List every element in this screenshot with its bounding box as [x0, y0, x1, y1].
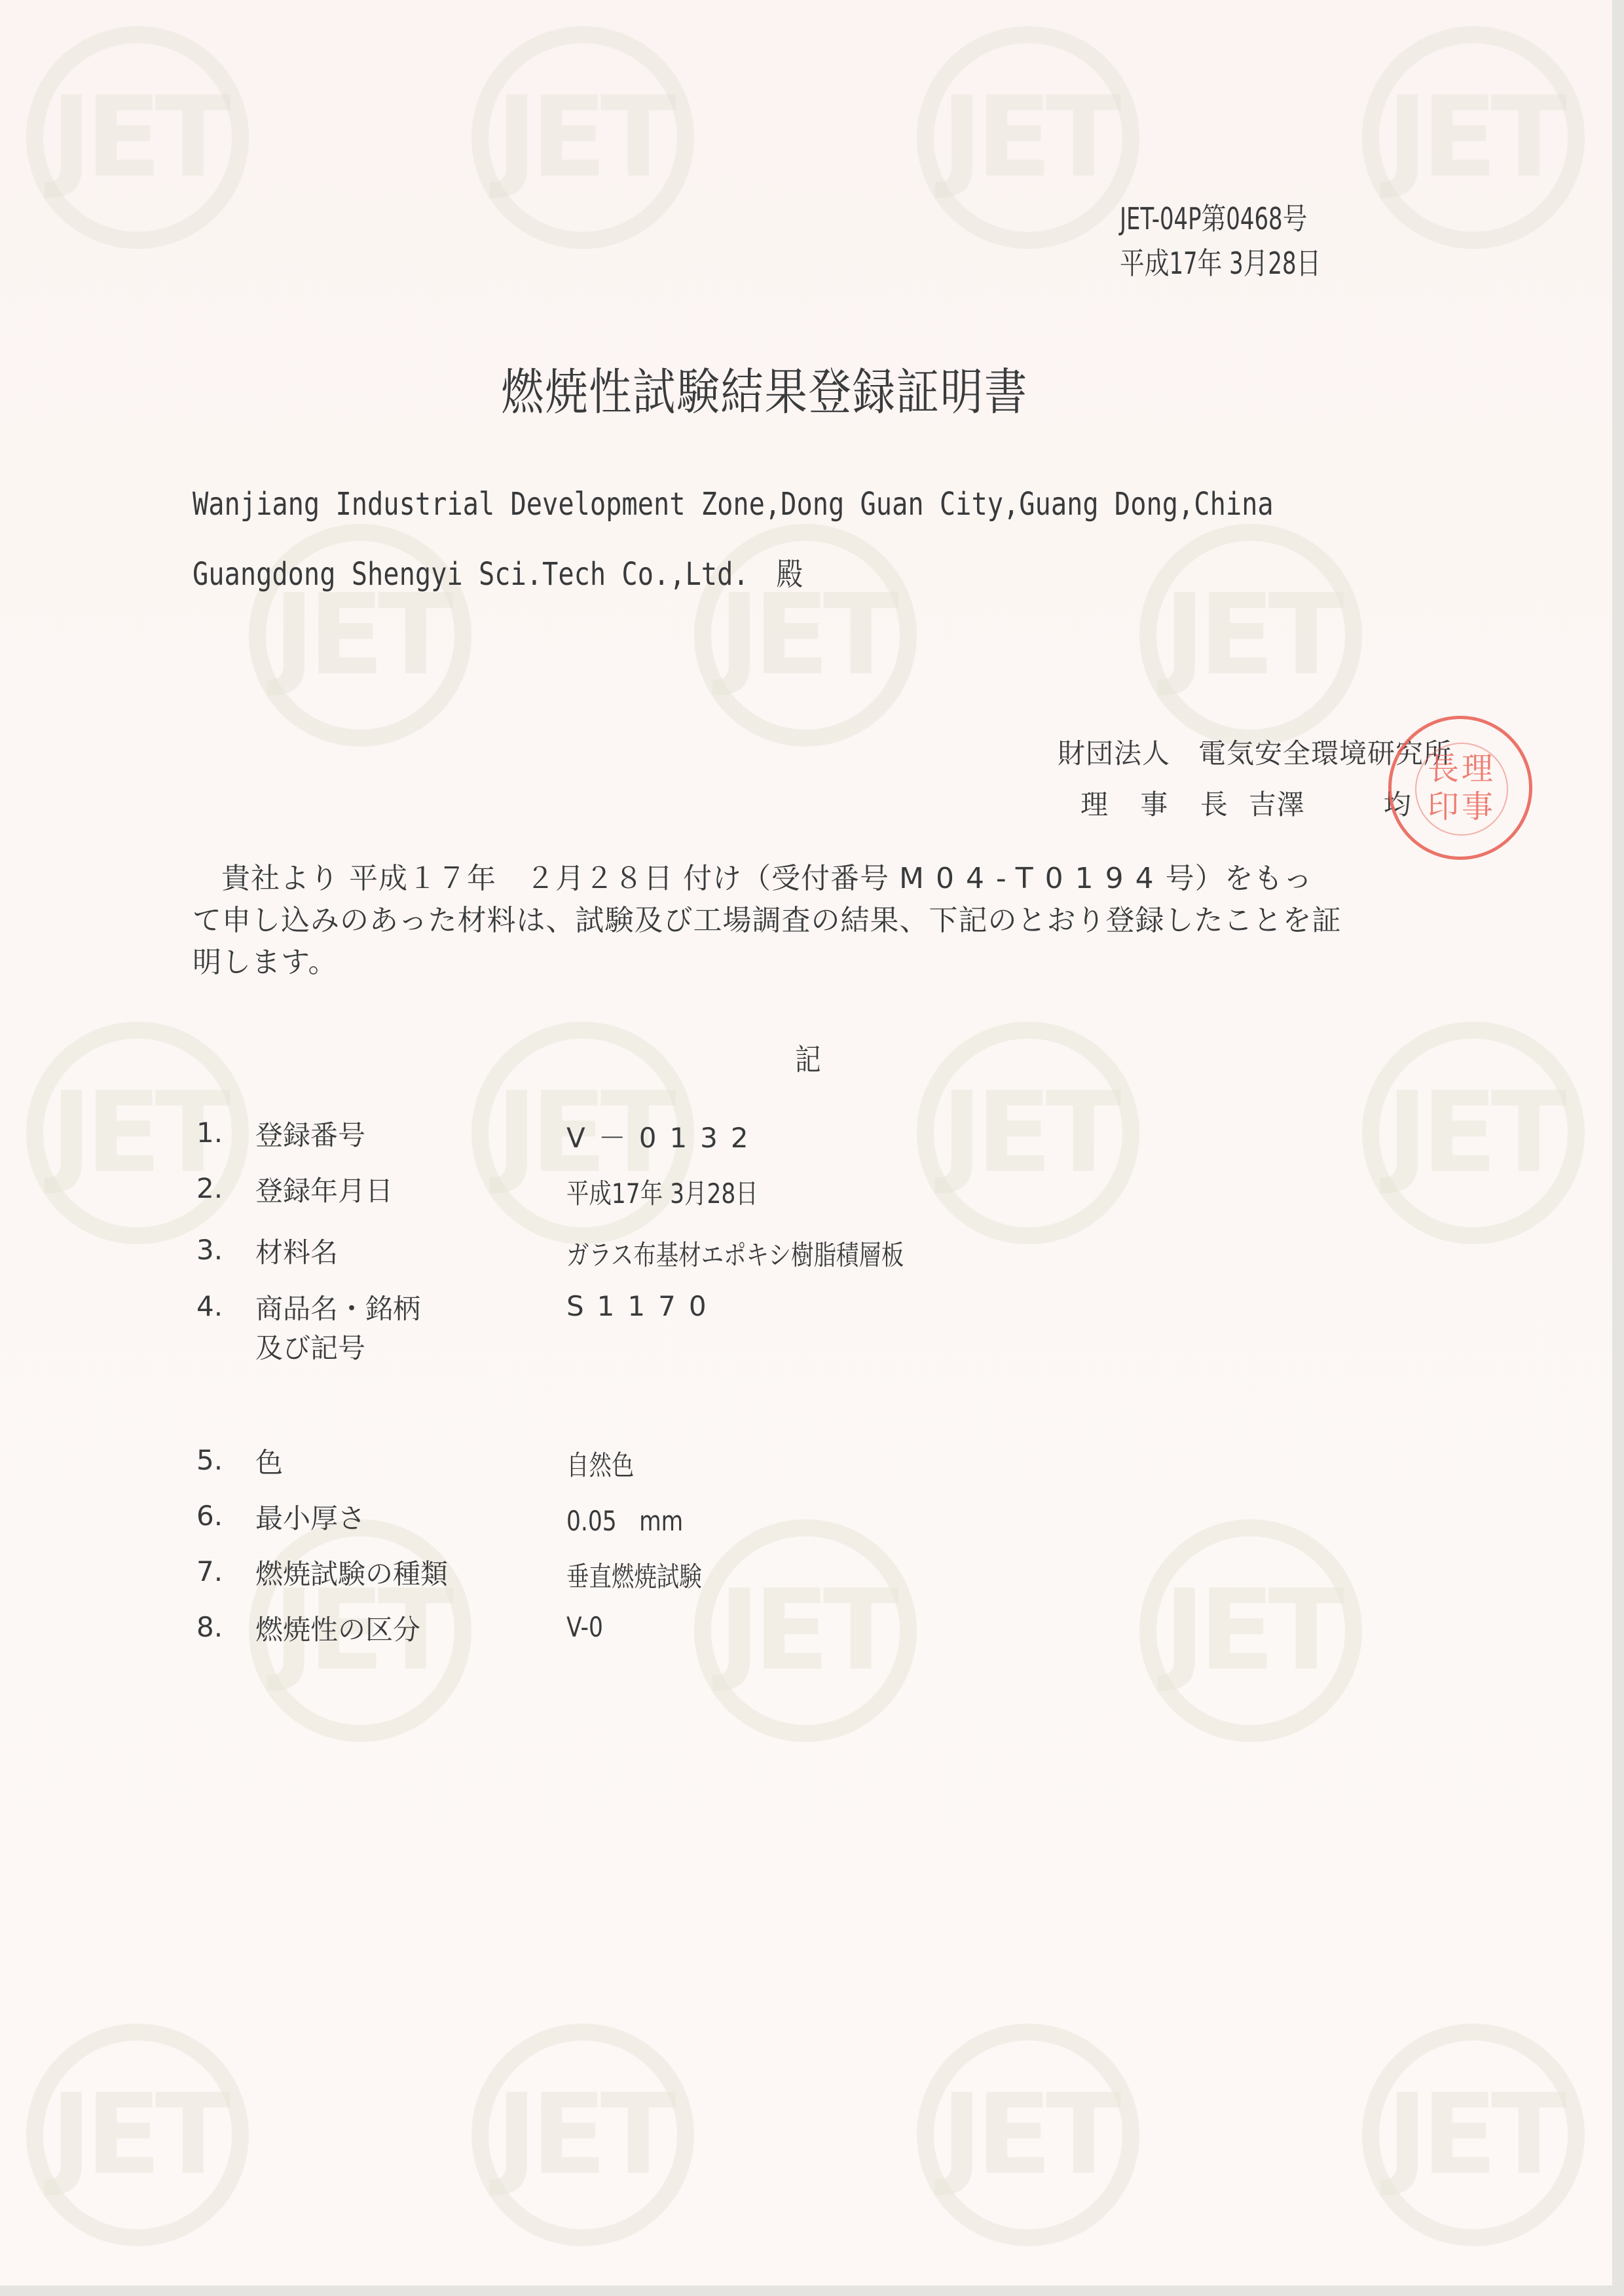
item-value: S1170	[566, 1290, 720, 1322]
item-label: 燃焼試験の種類	[255, 1555, 448, 1593]
document-date: 平成17年 3月28日	[1120, 240, 1321, 283]
addressee-company: Guangdong Shengyi Sci.Tech Co.,Ltd.	[193, 556, 749, 593]
addressee-address: Wanjiang Industrial Development Zone,Don…	[193, 486, 1274, 523]
seal-char: 理	[1461, 750, 1494, 787]
item-value: 平成17年 3月28日	[566, 1172, 758, 1212]
seal-char: 長	[1427, 750, 1460, 787]
document-title: 燃焼性試験結果登録証明書	[501, 352, 1028, 424]
item-value: ガラス布基材エポキシ樹脂積層板	[566, 1234, 904, 1273]
jet-watermark-logo: JET	[471, 26, 694, 249]
jet-watermark-logo: JET	[471, 2024, 694, 2246]
item-label: 色	[255, 1444, 283, 1482]
jet-watermark-logo: JET	[917, 2024, 1139, 2246]
statement-line-1: 貴社より 平成１７年 ２月２８日 付け（受付番号 M04-T0194号）をもっ	[193, 858, 1476, 900]
jet-watermark-logo: JET	[1362, 26, 1585, 249]
certification-statement: 貴社より 平成１７年 ２月２８日 付け（受付番号 M04-T0194号）をもっ …	[193, 858, 1476, 984]
item-value: V－0132	[566, 1117, 762, 1156]
jet-watermark-logo: JET	[1362, 2024, 1585, 2246]
jet-watermark-logo: JET	[694, 1519, 917, 1742]
item-label: 最小厚さ	[255, 1500, 365, 1538]
statement-line-2: て申し込みのあった材料は、試験及び工場調査の結果、下記のとおり登録したことを証	[193, 900, 1476, 942]
official-seal-stamp: 理 長 事 印	[1388, 716, 1532, 860]
seal-center-characters: 理 長 事 印	[1427, 750, 1494, 825]
jet-watermark-logo: JET	[26, 2024, 249, 2246]
issuer-organization: 財団法人 電気安全環境研究所	[1058, 732, 1612, 771]
seal-char: 事	[1461, 788, 1494, 825]
issuer-surname: 吉澤	[1249, 788, 1305, 821]
statement-line-3: 明します。	[193, 942, 1476, 984]
certificate-page: JET JET JET JET JET JET JET JET JET JET …	[0, 0, 1612, 2286]
jet-watermark-logo: JET	[26, 26, 249, 249]
item-label: 登録年月日	[255, 1172, 393, 1210]
item-label-line-2: 及び記号	[255, 1329, 365, 1367]
item-label: 登録番号	[255, 1117, 365, 1155]
issuer-title: 理 事 長	[1080, 788, 1240, 821]
document-number: JET-04P第0468号	[1120, 195, 1307, 238]
item-value: 垂直燃焼試験	[566, 1555, 702, 1595]
item-label: 商品名・銘柄	[255, 1290, 420, 1328]
jet-watermark-logo: JET	[1139, 524, 1362, 747]
issuer-signatory: 理 事 長吉澤均	[1080, 783, 1612, 823]
notes-heading: 記	[795, 1036, 821, 1079]
jet-watermark-logo: JET	[1362, 1022, 1585, 1244]
item-label: 燃焼性の区分	[255, 1611, 420, 1649]
jet-watermark-logo: JET	[917, 1022, 1139, 1244]
receipt-number: M04-T0194	[899, 862, 1166, 895]
item-label: 材料名	[255, 1234, 338, 1272]
addressee-company-line: Guangdong Shengyi Sci.Tech Co.,Ltd.殿	[193, 549, 803, 594]
item-value: 自然色	[566, 1444, 634, 1483]
addressee-honorific: 殿	[777, 556, 803, 593]
item-value: 0.05 mm	[566, 1500, 683, 1539]
jet-watermark-logo: JET	[917, 26, 1139, 249]
jet-watermark-logo: JET	[1139, 1519, 1362, 1742]
item-value: V-0	[566, 1611, 603, 1643]
seal-char: 印	[1427, 788, 1460, 825]
